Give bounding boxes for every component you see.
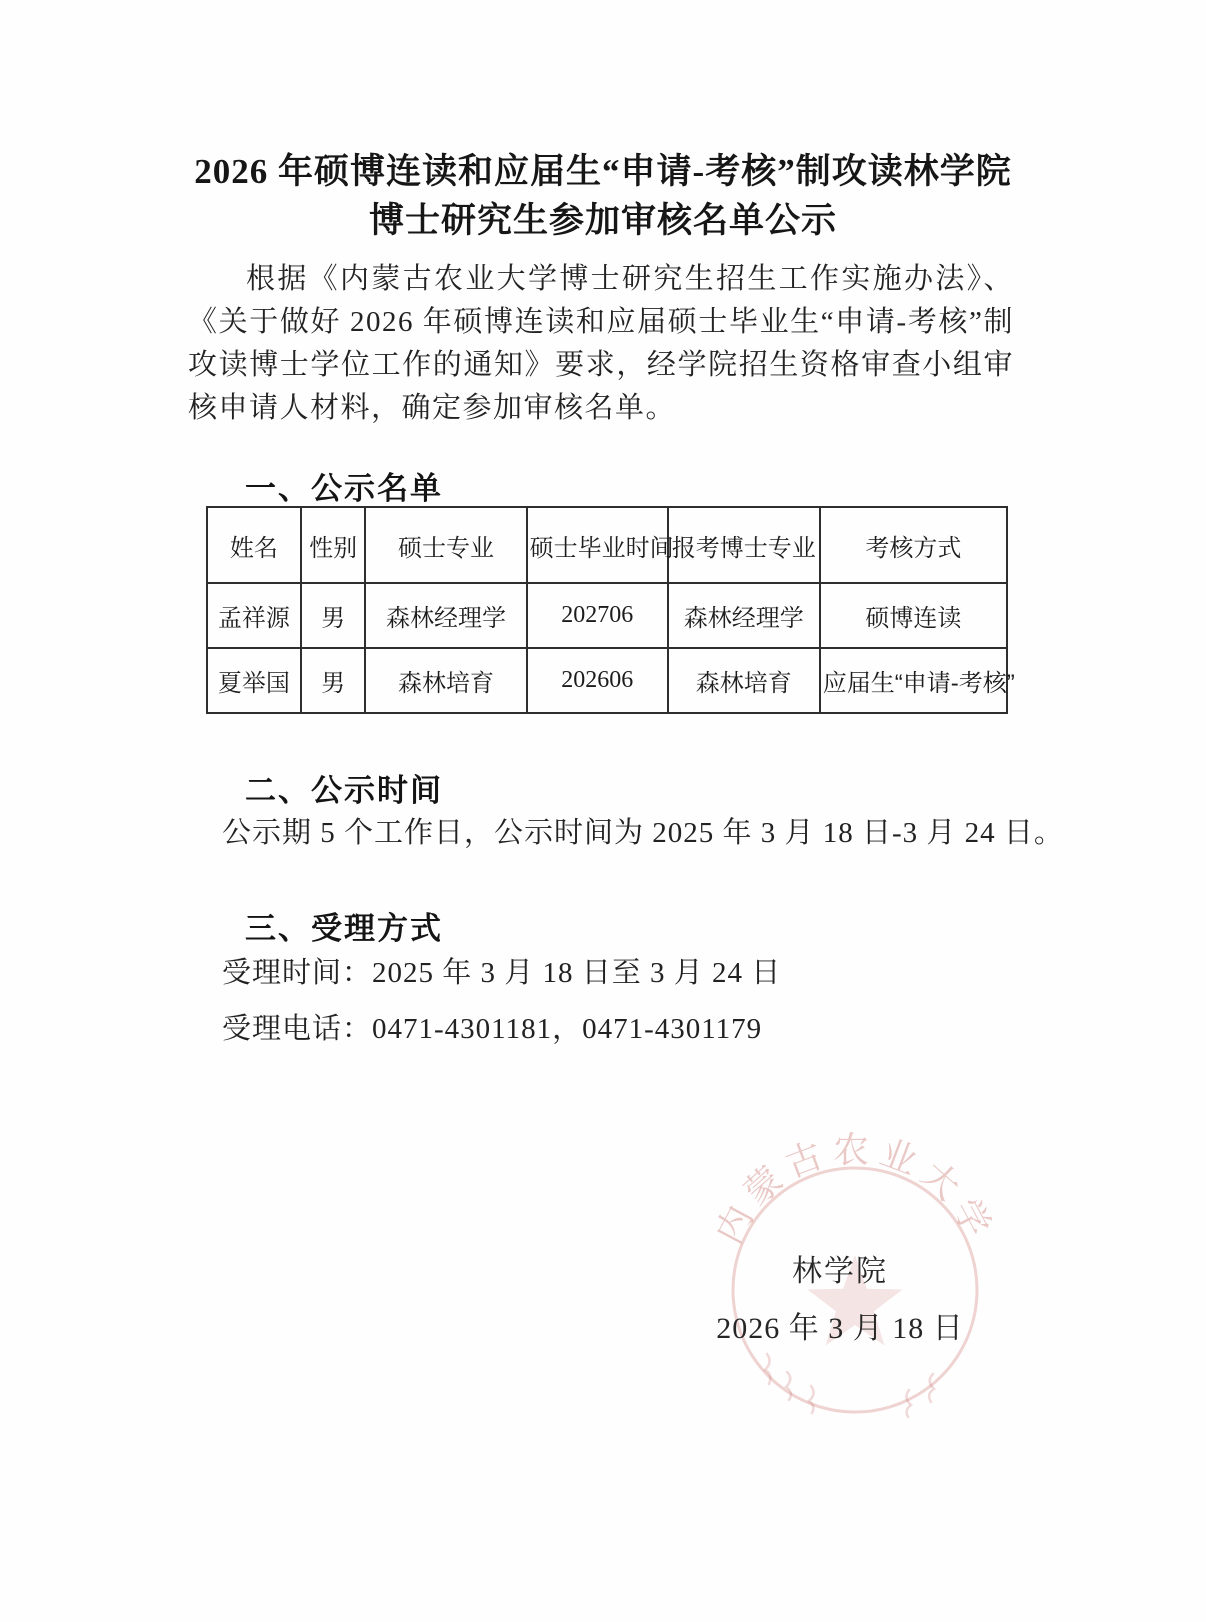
signature-date: 2026 年 3 月 18 日	[640, 1303, 1040, 1347]
intro-paragraph: 根据《内蒙古农业大学博士研究生招生工作实施办法》、《关于做好 2026 年硕博连…	[188, 258, 1014, 430]
title-line-1: 2026 年硕博连读和应届生“申请-考核”制攻读林学院	[0, 147, 1206, 196]
cell-method: 应届生“申请-考核”	[820, 648, 1007, 713]
cell-phd-major: 森林经理学	[668, 583, 820, 648]
svg-text:内蒙古农业大学: 内蒙古农业大学	[708, 1129, 1002, 1250]
cell-name: 孟祥源	[207, 583, 301, 648]
official-seal-stamp: 内蒙古农业大学	[683, 1118, 1027, 1462]
header-sex: 性别	[301, 507, 366, 583]
document-page: 2026 年硕博连读和应届生“申请-考核”制攻读林学院 博士研究生参加审核名单公…	[0, 0, 1206, 1622]
title-line-2: 博士研究生参加审核名单公示	[0, 196, 1206, 245]
seal-arc-text: 内蒙古农业大学	[708, 1129, 1002, 1250]
seal-script-marks	[765, 1354, 934, 1417]
seal-ring	[733, 1168, 977, 1412]
section-1-heading: 一、公示名单	[245, 463, 443, 508]
acceptance-phone-line: 受理电话：0471-4301181，0471-4301179	[222, 1006, 762, 1047]
cell-grad-time: 202706	[527, 583, 668, 648]
section-2-body: 公示期 5 个工作日，公示时间为 2025 年 3 月 18 日-3 月 24 …	[222, 810, 1064, 851]
header-master-major: 硕士专业	[365, 507, 526, 583]
cell-sex: 男	[301, 583, 366, 648]
roster-table: 姓名 性别 硕士专业 硕士毕业时间 报考博士专业 考核方式 孟祥源 男 森林经理…	[206, 506, 1008, 714]
table-row: 孟祥源 男 森林经理学 202706 森林经理学 硕博连读	[207, 583, 1007, 648]
cell-master-major: 森林培育	[365, 648, 526, 713]
header-grad-time: 硕士毕业时间	[527, 507, 668, 583]
header-name: 姓名	[207, 507, 301, 583]
cell-master-major: 森林经理学	[365, 583, 526, 648]
cell-method: 硕博连读	[820, 583, 1007, 648]
page-title: 2026 年硕博连读和应届生“申请-考核”制攻读林学院 博士研究生参加审核名单公…	[0, 147, 1206, 245]
section-2-heading: 二、公示时间	[245, 765, 443, 810]
cell-phd-major: 森林培育	[668, 648, 820, 713]
signature-org: 林学院	[690, 1246, 990, 1290]
acceptance-time-line: 受理时间：2025 年 3 月 18 日至 3 月 24 日	[222, 950, 781, 991]
table-row: 夏举国 男 森林培育 202606 森林培育 应届生“申请-考核”	[207, 648, 1007, 713]
cell-name: 夏举国	[207, 648, 301, 713]
table-header-row: 姓名 性别 硕士专业 硕士毕业时间 报考博士专业 考核方式	[207, 507, 1007, 583]
cell-sex: 男	[301, 648, 366, 713]
header-phd-major: 报考博士专业	[668, 507, 820, 583]
cell-grad-time: 202606	[527, 648, 668, 713]
section-3-heading: 三、受理方式	[245, 903, 443, 948]
header-method: 考核方式	[820, 507, 1007, 583]
